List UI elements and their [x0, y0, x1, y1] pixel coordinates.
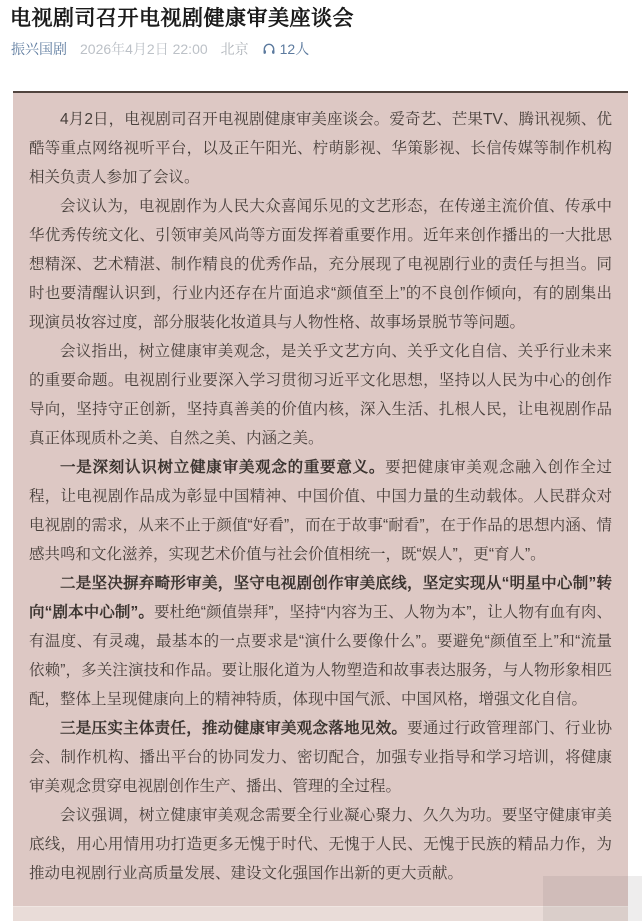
- article-box-bottom-edge: [13, 906, 628, 921]
- page-title: 电视剧司召开电视剧健康审美座谈会: [10, 2, 354, 32]
- paragraph-text: 4月2日，电视剧司召开电视剧健康审美座谈会。爱奇艺、芒果TV、腾讯视频、优酷等重…: [29, 111, 612, 186]
- listener-count[interactable]: 12人: [262, 39, 310, 59]
- article-body: 4月2日，电视剧司召开电视剧健康审美座谈会。爱奇艺、芒果TV、腾讯视频、优酷等重…: [29, 105, 612, 888]
- headphones-icon: [262, 42, 276, 56]
- paragraph-lead: 三是压实主体责任，推动健康审美观念落地见效。: [60, 720, 407, 737]
- paragraph-text: 会议认为，电视剧作为人民大众喜闻乐见的文艺形态，在传递主流价值、传承中华优秀传统…: [29, 198, 612, 331]
- paragraph-text: 会议指出，树立健康审美观念，是关乎文艺方向、关乎文化自信、关乎行业未来的重要命题…: [29, 343, 612, 447]
- article-paragraph: 一是深刻认识树立健康审美观念的重要意义。要把健康审美观念融入创作全过程，让电视剧…: [29, 453, 612, 569]
- publish-location: 北京: [221, 39, 249, 59]
- listener-count-label: 12人: [280, 39, 310, 59]
- article-paragraph: 二是坚决摒弃畸形审美，坚守电视剧创作审美底线，坚定实现从“明星中心制”转向“剧本…: [29, 569, 612, 714]
- publish-datetime: 2026年4月2日 22:00: [80, 39, 208, 59]
- article-box: 4月2日，电视剧司召开电视剧健康审美座谈会。爱奇艺、芒果TV、腾讯视频、优酷等重…: [13, 91, 628, 921]
- page: 电视剧司召开电视剧健康审美座谈会 振兴国剧 2026年4月2日 22:00 北京…: [0, 0, 642, 921]
- paragraph-lead: 一是深刻认识树立健康审美观念的重要意义。: [60, 459, 385, 476]
- paragraph-text: 会议强调，树立健康审美观念需要全行业凝心聚力、久久为功。要坚守健康审美底线，用心…: [29, 807, 612, 882]
- byline: 振兴国剧 2026年4月2日 22:00 北京 12人: [11, 39, 309, 59]
- article-paragraph: 三是压实主体责任，推动健康审美观念落地见效。要通过行政管理部门、行业协会、制作机…: [29, 714, 612, 801]
- article-paragraph: 会议认为，电视剧作为人民大众喜闻乐见的文艺形态，在传递主流价值、传承中华优秀传统…: [29, 192, 612, 337]
- article-paragraph: 会议强调，树立健康审美观念需要全行业凝心聚力、久久为功。要坚守健康审美底线，用心…: [29, 801, 612, 888]
- article-paragraph: 4月2日，电视剧司召开电视剧健康审美座谈会。爱奇艺、芒果TV、腾讯视频、优酷等重…: [29, 105, 612, 192]
- corner-overlay: [543, 876, 642, 921]
- author-link[interactable]: 振兴国剧: [11, 39, 67, 59]
- article-paragraph: 会议指出，树立健康审美观念，是关乎文艺方向、关乎文化自信、关乎行业未来的重要命题…: [29, 337, 612, 453]
